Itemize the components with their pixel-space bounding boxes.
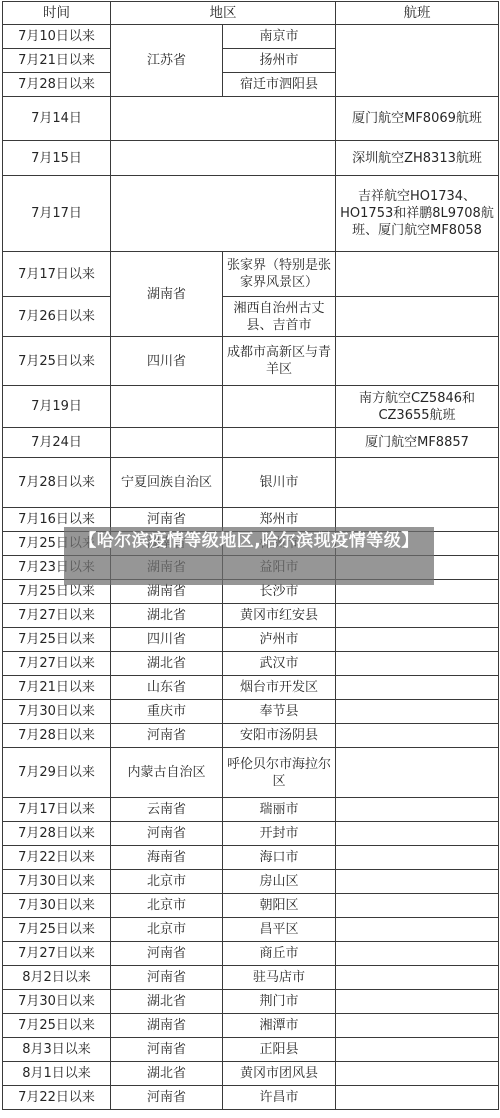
region-cell — [111, 176, 336, 252]
city-cell: 开封市 — [223, 822, 336, 846]
province-cell: 重庆市 — [111, 700, 223, 724]
table-row: 7月30日以来 湖北省 荆门市 — [3, 990, 499, 1014]
table-row: 7月28日以来 河南省 开封市 — [3, 822, 499, 846]
table-row: 7月30日以来 北京市 房山区 — [3, 870, 499, 894]
flight-cell — [336, 1014, 499, 1038]
table-row: 7月10日以来 江苏省 南京市 — [3, 25, 499, 49]
time-cell: 8月2日以来 — [3, 966, 111, 990]
city-cell: 张家界（特别是张家界风景区） — [223, 252, 336, 297]
province-cell: 云南省 — [111, 798, 223, 822]
table-row: 7月25日以来 北京市 昌平区 — [3, 918, 499, 942]
city-cell — [223, 428, 336, 458]
city-cell: 湘潭市 — [223, 1014, 336, 1038]
province-cell: 河南省 — [111, 966, 223, 990]
flight-cell — [336, 724, 499, 748]
city-cell: 朝阳区 — [223, 894, 336, 918]
flight-cell — [336, 870, 499, 894]
table-row: 7月17日 吉祥航空HO1734、HO1753和祥鹏8L9708航班、厦门航空M… — [3, 176, 499, 252]
city-cell: 商丘市 — [223, 942, 336, 966]
table-row: 7月29日以来 内蒙古自治区 呼伦贝尔市海拉尔区 — [3, 748, 499, 798]
province-cell: 湖南省 — [111, 252, 223, 337]
province-cell: 河南省 — [111, 942, 223, 966]
time-cell: 7月28日以来 — [3, 822, 111, 846]
table-row: 7月22日以来 海南省 海口市 — [3, 846, 499, 870]
city-cell: 许昌市 — [223, 1086, 336, 1110]
city-cell: 黄冈市团风县 — [223, 1062, 336, 1086]
province-cell: 北京市 — [111, 870, 223, 894]
flight-cell — [336, 1086, 499, 1110]
table-header-row: 时间 地区 航班 — [3, 2, 499, 25]
region-cell — [111, 141, 336, 176]
flight-cell — [336, 918, 499, 942]
city-cell: 驻马店市 — [223, 966, 336, 990]
time-cell: 7月22日以来 — [3, 1086, 111, 1110]
time-cell: 7月17日 — [3, 176, 111, 252]
table-row: 7月27日以来 湖北省 黄冈市红安县 — [3, 604, 499, 628]
province-cell: 湖北省 — [111, 604, 223, 628]
header-region: 地区 — [111, 2, 336, 25]
time-cell: 7月17日以来 — [3, 798, 111, 822]
time-cell: 7月30日以来 — [3, 990, 111, 1014]
province-cell: 四川省 — [111, 337, 223, 386]
header-flight: 航班 — [336, 2, 499, 25]
time-cell: 7月14日 — [3, 97, 111, 141]
city-cell: 宿迁市泗阳县 — [223, 73, 336, 97]
flight-cell — [336, 1062, 499, 1086]
flight-cell — [336, 652, 499, 676]
city-cell: 银川市 — [223, 458, 336, 508]
flight-cell — [336, 748, 499, 798]
table-row: 7月24日 厦门航空MF8857 — [3, 428, 499, 458]
time-cell: 7月25日以来 — [3, 337, 111, 386]
city-cell: 瑞丽市 — [223, 798, 336, 822]
city-cell: 烟台市开发区 — [223, 676, 336, 700]
flight-cell — [336, 297, 499, 337]
time-cell: 7月19日 — [3, 386, 111, 428]
flight-cell — [336, 700, 499, 724]
province-cell: 宁夏回族自治区 — [111, 458, 223, 508]
table-row: 7月15日 深圳航空ZH8313航班 — [3, 141, 499, 176]
table-row: 7月26日以来 湘西自治州古丈县、吉首市 — [3, 297, 499, 337]
time-cell: 7月29日以来 — [3, 748, 111, 798]
time-cell: 7月28日以来 — [3, 73, 111, 97]
table-row: 7月25日以来 四川省 泸州市 — [3, 628, 499, 652]
time-cell: 7月21日以来 — [3, 49, 111, 73]
city-cell: 正阳县 — [223, 1038, 336, 1062]
time-cell: 7月25日以来 — [3, 628, 111, 652]
city-cell: 荆门市 — [223, 990, 336, 1014]
flight-cell — [336, 458, 499, 508]
time-cell: 7月27日以来 — [3, 604, 111, 628]
header-time: 时间 — [3, 2, 111, 25]
province-cell: 湖北省 — [111, 652, 223, 676]
table-row: 7月17日以来 云南省 瑞丽市 — [3, 798, 499, 822]
flight-cell — [336, 337, 499, 386]
province-cell: 北京市 — [111, 894, 223, 918]
flight-cell — [336, 676, 499, 700]
time-cell: 7月30日以来 — [3, 700, 111, 724]
province-cell: 江苏省 — [111, 25, 223, 97]
flight-cell: 南方航空CZ5846和CZ3655航班 — [336, 386, 499, 428]
city-cell: 成都市高新区与青羊区 — [223, 337, 336, 386]
flight-cell — [336, 846, 499, 870]
city-cell: 武汉市 — [223, 652, 336, 676]
time-cell: 7月10日以来 — [3, 25, 111, 49]
time-cell: 7月28日以来 — [3, 724, 111, 748]
table-row: 7月21日以来 山东省 烟台市开发区 — [3, 676, 499, 700]
table-row: 7月28日以来 宁夏回族自治区 银川市 — [3, 458, 499, 508]
flight-cell — [336, 966, 499, 990]
city-cell: 泸州市 — [223, 628, 336, 652]
time-cell: 7月27日以来 — [3, 942, 111, 966]
table-row: 7月27日以来 河南省 商丘市 — [3, 942, 499, 966]
province-cell: 河南省 — [111, 1038, 223, 1062]
table-row: 8月3日以来 河南省 正阳县 — [3, 1038, 499, 1062]
province-cell: 河南省 — [111, 1086, 223, 1110]
province-cell: 河南省 — [111, 724, 223, 748]
city-cell: 房山区 — [223, 870, 336, 894]
city-cell: 奉节县 — [223, 700, 336, 724]
province-cell: 内蒙古自治区 — [111, 748, 223, 798]
time-cell: 8月1日以来 — [3, 1062, 111, 1086]
flight-cell: 深圳航空ZH8313航班 — [336, 141, 499, 176]
caption-overlay-text: 【哈尔滨疫情等级地区,哈尔滨现疫情等级】 — [64, 529, 434, 554]
flight-cell — [336, 1038, 499, 1062]
flight-cell — [336, 822, 499, 846]
province-cell: 四川省 — [111, 628, 223, 652]
time-cell: 7月27日以来 — [3, 652, 111, 676]
flight-cell — [336, 25, 499, 97]
time-cell: 7月25日以来 — [3, 1014, 111, 1038]
table-row: 7月27日以来 湖北省 武汉市 — [3, 652, 499, 676]
city-cell: 黄冈市红安县 — [223, 604, 336, 628]
time-cell: 7月26日以来 — [3, 297, 111, 337]
city-cell — [223, 386, 336, 428]
province-cell — [111, 428, 223, 458]
table-row: 8月2日以来 河南省 驻马店市 — [3, 966, 499, 990]
table-row: 7月17日以来 湖南省 张家界（特别是张家界风景区） — [3, 252, 499, 297]
province-cell: 海南省 — [111, 846, 223, 870]
province-cell: 河南省 — [111, 822, 223, 846]
table-row: 7月30日以来 北京市 朝阳区 — [3, 894, 499, 918]
province-cell: 湖北省 — [111, 1062, 223, 1086]
time-cell: 7月25日以来 — [3, 918, 111, 942]
table-row: 7月30日以来 重庆市 奉节县 — [3, 700, 499, 724]
flight-cell — [336, 942, 499, 966]
city-cell: 扬州市 — [223, 49, 336, 73]
flight-cell — [336, 894, 499, 918]
province-cell: 湖北省 — [111, 990, 223, 1014]
flight-cell — [336, 252, 499, 297]
time-cell: 7月24日 — [3, 428, 111, 458]
time-cell: 7月28日以来 — [3, 458, 111, 508]
time-cell: 7月22日以来 — [3, 846, 111, 870]
time-cell: 7月15日 — [3, 141, 111, 176]
flight-cell: 厦门航空MF8857 — [336, 428, 499, 458]
city-cell: 湘西自治州古丈县、吉首市 — [223, 297, 336, 337]
table-row: 7月22日以来 河南省 许昌市 — [3, 1086, 499, 1110]
time-cell: 7月21日以来 — [3, 676, 111, 700]
flight-cell: 吉祥航空HO1734、HO1753和祥鹏8L9708航班、厦门航空MF8058 — [336, 176, 499, 252]
city-cell: 昌平区 — [223, 918, 336, 942]
table-row: 7月25日以来 湖南省 湘潭市 — [3, 1014, 499, 1038]
time-cell: 7月30日以来 — [3, 894, 111, 918]
flight-cell — [336, 990, 499, 1014]
province-cell — [111, 386, 223, 428]
flight-cell — [336, 798, 499, 822]
flight-cell: 厦门航空MF8069航班 — [336, 97, 499, 141]
region-cell — [111, 97, 336, 141]
table-row: 8月1日以来 湖北省 黄冈市团风县 — [3, 1062, 499, 1086]
time-cell: 8月3日以来 — [3, 1038, 111, 1062]
province-cell: 湖南省 — [111, 1014, 223, 1038]
province-cell: 北京市 — [111, 918, 223, 942]
time-cell: 7月30日以来 — [3, 870, 111, 894]
city-cell: 南京市 — [223, 25, 336, 49]
city-cell: 安阳市汤阴县 — [223, 724, 336, 748]
flight-cell — [336, 604, 499, 628]
table-row: 7月14日 厦门航空MF8069航班 — [3, 97, 499, 141]
city-cell: 呼伦贝尔市海拉尔区 — [223, 748, 336, 798]
table-row: 7月25日以来 四川省 成都市高新区与青羊区 — [3, 337, 499, 386]
time-cell: 7月17日以来 — [3, 252, 111, 297]
city-cell: 海口市 — [223, 846, 336, 870]
province-cell: 山东省 — [111, 676, 223, 700]
table-row: 7月28日以来 河南省 安阳市汤阴县 — [3, 724, 499, 748]
table-row: 7月19日 南方航空CZ5846和CZ3655航班 — [3, 386, 499, 428]
flight-cell — [336, 628, 499, 652]
